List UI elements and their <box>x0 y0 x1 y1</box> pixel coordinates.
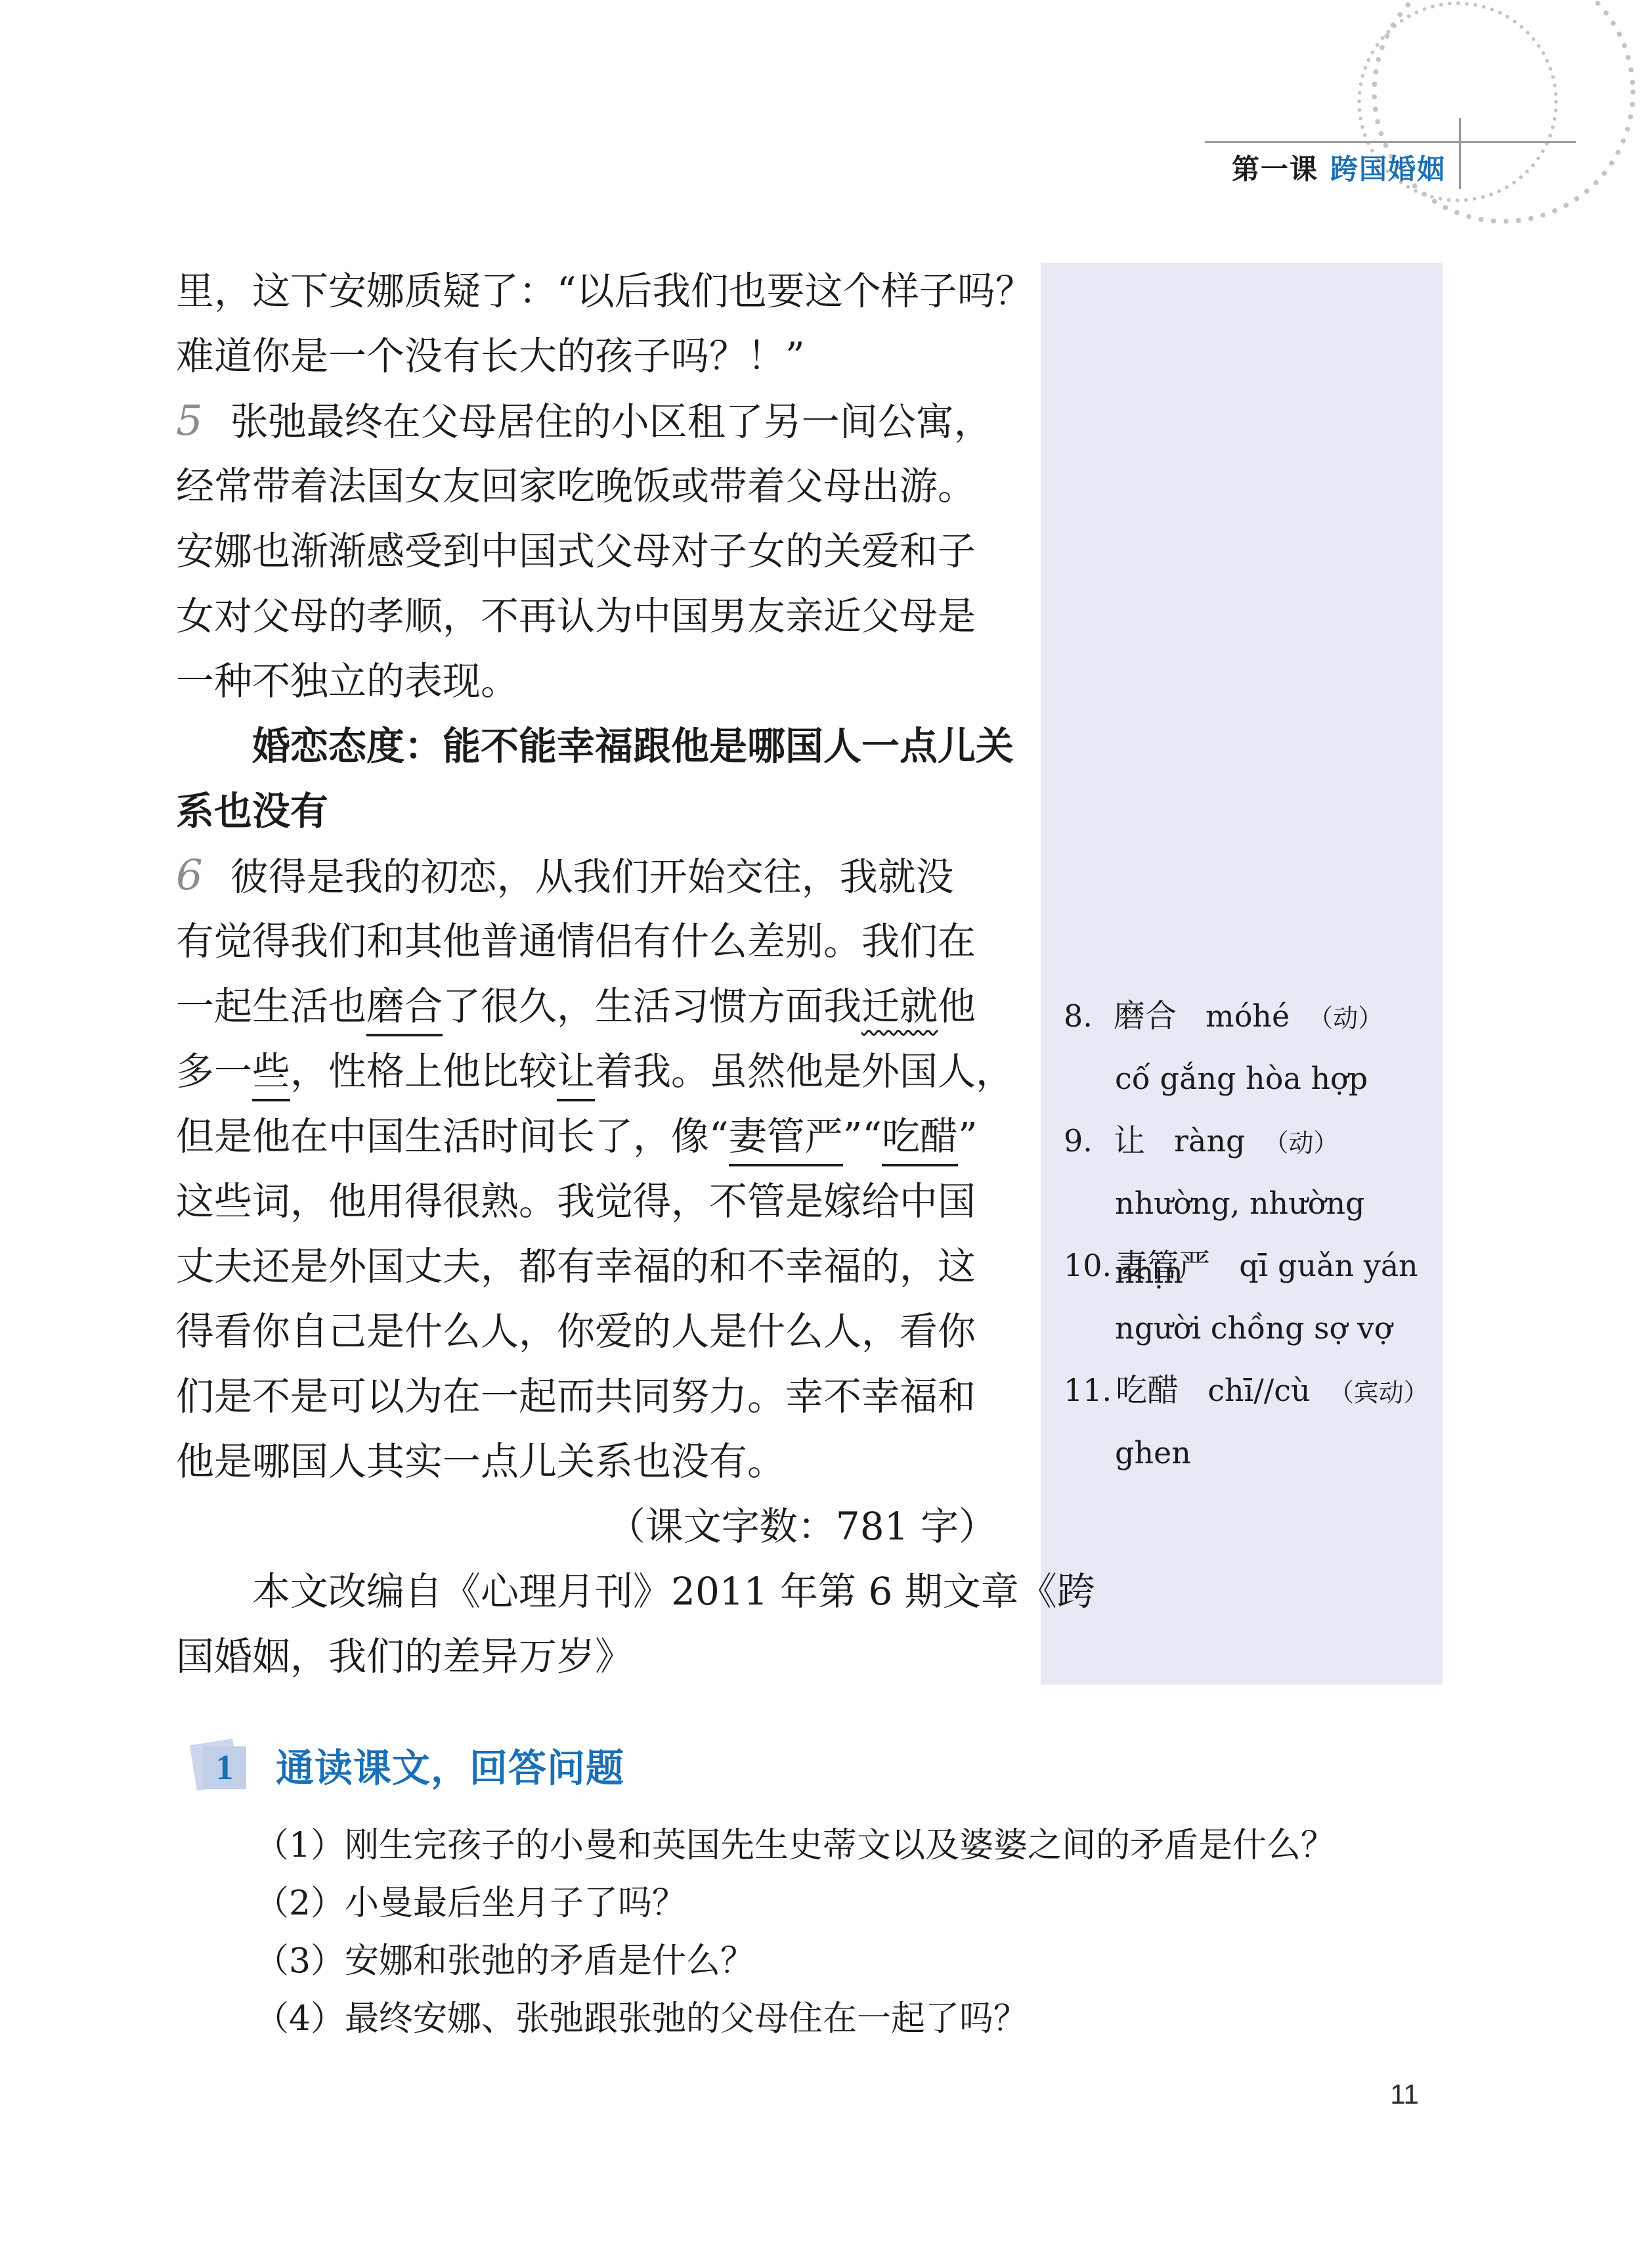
vocab-underlined-word: 些 <box>252 1049 290 1101</box>
exercise-question: （3）安娜和张弛的矛盾是什么？ <box>255 1932 1502 1990</box>
exercise-question: （2）小曼最后坐月子了吗？ <box>255 1874 1502 1932</box>
vocab-part-of-speech: （动） <box>1264 1128 1339 1157</box>
reading-line: 安娜也渐渐感受到中国式父母对子女的关爱和子 <box>176 519 997 584</box>
reading-text-segment: 得看你自己是什么人，你爱的人是什么人，看你 <box>176 1309 976 1354</box>
reading-line: 他是哪国人其实一点儿关系也没有。 <box>176 1429 997 1494</box>
reading-line: 一起生活也磨合了很久，生活习惯方面我迁就他 <box>176 974 997 1039</box>
reading-text-segment: 多一 <box>176 1049 252 1094</box>
reading-text-segment: 丈夫还是外国丈夫，都有幸福的和不幸福的，这 <box>176 1244 976 1289</box>
vocab-number: 10. <box>1064 1235 1112 1297</box>
reading-line: 们是不是可以为在一起而共同努力。幸不幸福和 <box>176 1364 997 1429</box>
reading-line: 有觉得我们和其他普通情侣有什么差别。我们在 <box>176 909 997 974</box>
vocab-pinyin: chī//cù <box>1207 1373 1311 1408</box>
reading-text-segment: 们是不是可以为在一起而共同努力。幸不幸福和 <box>176 1374 976 1419</box>
reading-line: 系也没有 <box>176 779 997 844</box>
header-horizontal-rule <box>1205 141 1576 143</box>
reading-text-segment: 他 <box>938 984 976 1029</box>
vocab-item: 8.磨合móhé（动）cố gắng hòa hợp <box>1064 985 1431 1110</box>
vocab-translation: người chồng sợ vợ <box>1064 1297 1431 1360</box>
vocab-translation-text: cố gắng hòa hợp <box>1115 1061 1368 1096</box>
lesson-title: 跨国婚姻 <box>1330 151 1446 188</box>
reading-text-segment: 安娜也渐渐感受到中国式父母对子女的关爱和子 <box>176 529 976 573</box>
vocab-number: 11. <box>1064 1360 1112 1422</box>
vocab-translation-text: người chồng sợ vợ <box>1115 1310 1393 1346</box>
paragraph-number: 6 <box>176 852 203 900</box>
reading-text-segment: 一种不独立的表现。 <box>176 659 519 703</box>
exercise-number: 1 <box>216 1748 234 1787</box>
reading-text-segment: 一起生活也 <box>176 984 366 1029</box>
exercise-questions: （1）刚生完孩子的小曼和英国先生史蒂文以及婆婆之间的矛盾是什么？（2）小曼最后坐… <box>255 1817 1502 2048</box>
reading-text-segment: ” <box>958 1114 978 1159</box>
vocabulary-panel: 8.磨合móhé（动）cố gắng hòa hợp9.让ràng（动）nhườ… <box>1041 263 1443 1685</box>
vocab-wavy-underlined-word: 迁就 <box>861 984 938 1029</box>
reading-text-segment: 里，这下安娜质疑了：“以后我们也要这个样子吗？ <box>176 269 1033 313</box>
reading-text-segment: 但是他在中国生活时间长了，像“ <box>176 1114 729 1159</box>
reading-line: 本文改编自《心理月刊》2011 年第 6 期文章《跨 <box>176 1559 997 1624</box>
exercise-question: （1）刚生完孩子的小曼和英国先生史蒂文以及婆婆之间的矛盾是什么？ <box>255 1817 1502 1874</box>
vocab-item: 11.吃醋chī//cù（宾动）ghen <box>1064 1360 1431 1484</box>
reading-text-segment: 了很久，生活习惯方面我 <box>443 984 861 1029</box>
reading-text-segment: 难道你是一个没有长大的孩子吗？！” <box>176 334 805 378</box>
exercise-title: 通读课文，回答问题 <box>276 1748 624 1790</box>
reading-text-segment: 有觉得我们和其他普通情侣有什么差别。我们在 <box>176 919 976 963</box>
vocab-word: 妻管严 <box>1116 1247 1210 1284</box>
vocab-item: 10.妻管严qī guǎn yánngười chồng sợ vợ <box>1064 1235 1431 1360</box>
reading-line: 但是他在中国生活时间长了，像“妻管严”“吃醋” <box>176 1104 997 1169</box>
vocab-translation: cố gắng hòa hợp <box>1064 1048 1431 1110</box>
reading-line: 丈夫还是外国丈夫，都有幸福的和不幸福的，这 <box>176 1234 997 1299</box>
vocab-underlined-word: 磨合 <box>366 984 443 1036</box>
reading-text-segment: 着我。虽然他是外国人， <box>595 1049 1014 1094</box>
paragraph-number: 5 <box>176 397 203 445</box>
vocab-entry-line: 11.吃醋chī//cù（宾动） <box>1064 1360 1431 1422</box>
vocab-translation: nhường, nhường nhịn <box>1064 1172 1431 1235</box>
vocab-number: 9. <box>1064 1110 1110 1172</box>
vocab-underlined-word: 吃醋 <box>882 1114 958 1166</box>
reading-line: 经常带着法国女友回家吃晚饭或带着父母出游。 <box>176 454 997 519</box>
reading-line: 里，这下安娜质疑了：“以后我们也要这个样子吗？ <box>176 259 997 324</box>
vocab-entry-line: 10.妻管严qī guǎn yán <box>1064 1235 1431 1297</box>
reading-text-segment: 女对父母的孝顺，不再认为中国男友亲近父母是 <box>176 594 976 638</box>
vocab-translation: ghen <box>1064 1422 1431 1484</box>
vocab-word: 让 <box>1114 1122 1145 1159</box>
vocab-pinyin: qī guǎn yán <box>1239 1248 1418 1283</box>
vocab-translation-text: ghen <box>1115 1435 1191 1471</box>
vocab-pinyin: móhé <box>1206 998 1290 1034</box>
vocab-pinyin: ràng <box>1174 1123 1246 1159</box>
vocab-item: 9.让ràng（动）nhường, nhường nhịn <box>1064 1110 1431 1235</box>
exercise-question: （4）最终安娜、张弛跟张弛的父母住在一起了吗？ <box>255 1990 1502 2048</box>
reading-line: 6彼得是我的初恋，从我们开始交往，我就没 <box>176 844 997 909</box>
vocab-part-of-speech: （宾动） <box>1329 1378 1429 1407</box>
vocab-underlined-word: 妻管严 <box>729 1114 843 1166</box>
exercise-number-badge: 1 <box>203 1746 246 1789</box>
reading-text-segment: 系也没有 <box>176 789 328 833</box>
lesson-number-label: 第一课 <box>1232 151 1318 188</box>
reading-text-segment: 这些词，他用得很熟。我觉得，不管是嫁给中国 <box>176 1179 976 1224</box>
reading-line: （课文字数：781 字） <box>176 1494 997 1559</box>
page-number: 11 <box>1383 2079 1426 2110</box>
reading-text-segment: 张弛最终在父母居住的小区租了另一间公寓， <box>230 399 992 444</box>
reading-line: 多一些，性格上他比较让着我。虽然他是外国人， <box>176 1039 997 1104</box>
reading-line: 这些词，他用得很熟。我觉得，不管是嫁给中国 <box>176 1169 997 1234</box>
reading-text-segment: 他是哪国人其实一点儿关系也没有。 <box>176 1439 785 1484</box>
vocab-word: 吃醋 <box>1116 1372 1179 1409</box>
outer-dotted-ring <box>1374 0 1633 221</box>
header-vertical-rule <box>1459 118 1461 189</box>
reading-text: 里，这下安娜质疑了：“以后我们也要这个样子吗？难道你是一个没有长大的孩子吗？！”… <box>176 259 997 1689</box>
reading-line: 难道你是一个没有长大的孩子吗？！” <box>176 324 997 389</box>
reading-text-segment: 经常带着法国女友回家吃晚饭或带着父母出游。 <box>176 464 976 508</box>
reading-text-segment: （课文字数：781 字） <box>607 1504 997 1549</box>
reading-text-segment: 本文改编自《心理月刊》2011 年第 6 期文章《跨 <box>252 1569 1095 1614</box>
reading-text-segment: 国婚姻，我们的差异万岁》 <box>176 1634 633 1679</box>
textbook-page: 第一课 跨国婚姻 8.磨合móhé（动）cố gắng hòa hợp9.让rà… <box>0 0 1652 2258</box>
vocab-entry-line: 9.让ràng（动） <box>1064 1110 1431 1172</box>
vocab-word: 磨合 <box>1114 998 1177 1034</box>
reading-line: 一种不独立的表现。 <box>176 649 997 714</box>
reading-line: 婚恋态度：能不能幸福跟他是哪国人一点儿关 <box>176 714 997 779</box>
reading-line: 5张弛最终在父母居住的小区租了另一间公寓， <box>176 389 997 454</box>
vocab-underlined-word: 让 <box>557 1049 595 1101</box>
reading-text-segment: 婚恋态度：能不能幸福跟他是哪国人一点儿关 <box>252 724 1014 768</box>
reading-text-segment: ，性格上他比较 <box>290 1049 557 1094</box>
reading-line: 得看你自己是什么人，你爱的人是什么人，看你 <box>176 1299 997 1364</box>
vocab-part-of-speech: （动） <box>1308 1004 1383 1032</box>
vocabulary-list: 8.磨合móhé（动）cố gắng hòa hợp9.让ràng（动）nhườ… <box>1064 985 1431 1484</box>
reading-text-segment: ”“ <box>843 1114 882 1159</box>
vocab-number: 8. <box>1064 985 1110 1048</box>
reading-line: 女对父母的孝顺，不再认为中国男友亲近父母是 <box>176 584 997 649</box>
vocab-entry-line: 8.磨合móhé（动） <box>1064 985 1431 1048</box>
reading-text-segment: 彼得是我的初恋，从我们开始交往，我就没 <box>230 854 954 899</box>
reading-line: 国婚姻，我们的差异万岁》 <box>176 1624 997 1689</box>
